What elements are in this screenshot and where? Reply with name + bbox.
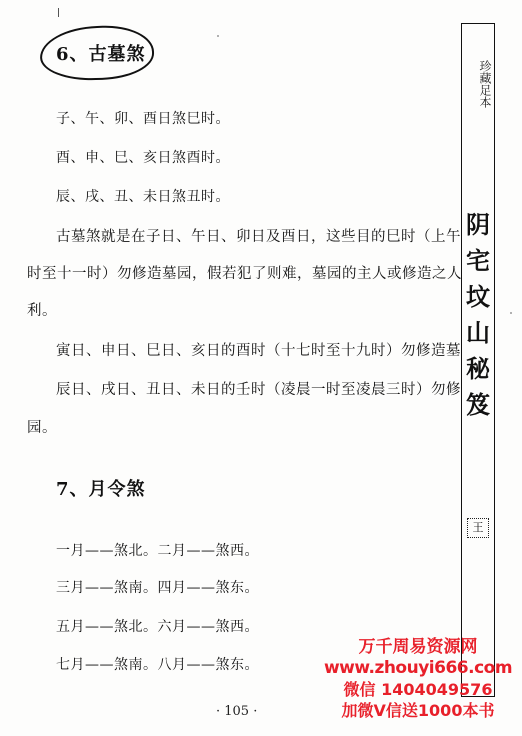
rule-line: 酉、申、巳、亥日煞酉时。 xyxy=(56,147,230,167)
book-title-char: 阴 xyxy=(463,207,493,243)
page-mark xyxy=(58,8,59,17)
section-6-heading: 6、古墓煞 xyxy=(56,40,146,66)
paragraph-line: 园。 xyxy=(27,416,57,437)
rule-line: 三月——煞南。四月——煞东。 xyxy=(56,577,259,597)
book-title-char: 宅 xyxy=(463,243,493,279)
watermark-line: 万千周易资源网 xyxy=(318,637,518,658)
page-number: · 105 · xyxy=(216,704,257,719)
watermark-line: 加微V信送1000本书 xyxy=(318,700,518,721)
scan-speck xyxy=(217,35,219,37)
paragraph-line: 寅日、申日、巳日、亥日的酉时（十七时至十九时）勿修造墓园。 xyxy=(56,339,491,360)
book-title: 阴 宅 坟 山 秘 笈 xyxy=(463,207,493,423)
rule-line: 五月——煞北。六月——煞西。 xyxy=(56,616,259,636)
section-7-heading: 7、月令煞 xyxy=(56,475,146,501)
book-title-char: 笈 xyxy=(463,387,493,423)
paragraph-line: 时至十一时）勿修造墓园，假若犯了则难，墓园的主人或修造之人不 xyxy=(27,262,477,283)
publisher-logo-icon: 王 xyxy=(467,518,489,538)
paragraph-line: 辰日、戌日、丑日、未日的壬时（凌晨一时至凌晨三时）勿修造墓 xyxy=(56,378,491,399)
book-title-char: 山 xyxy=(463,315,493,351)
paragraph-line: 古墓煞就是在子日、午日、卯日及酉日，这些目的巳时（上午九 xyxy=(56,225,476,246)
watermark: 万千周易资源网 www.zhouyi666.com 微信 1404049576 … xyxy=(318,637,518,721)
book-title-char: 秘 xyxy=(463,351,493,387)
paragraph-line: 利。 xyxy=(27,299,57,320)
rule-line: 一月——煞北。二月——煞西。 xyxy=(56,540,259,560)
rule-line: 七月——煞南。八月——煞东。 xyxy=(56,654,259,674)
rule-line: 子、午、卯、酉日煞巳时。 xyxy=(56,108,230,128)
rule-line: 辰、戌、丑、未日煞丑时。 xyxy=(56,186,230,206)
seal-text: 珍藏足本 xyxy=(464,60,492,108)
watermark-line: 微信 1404049576 xyxy=(318,679,518,700)
watermark-url: www.zhouyi666.com xyxy=(318,658,518,679)
scan-speck xyxy=(510,312,512,314)
book-title-char: 坟 xyxy=(463,279,493,315)
